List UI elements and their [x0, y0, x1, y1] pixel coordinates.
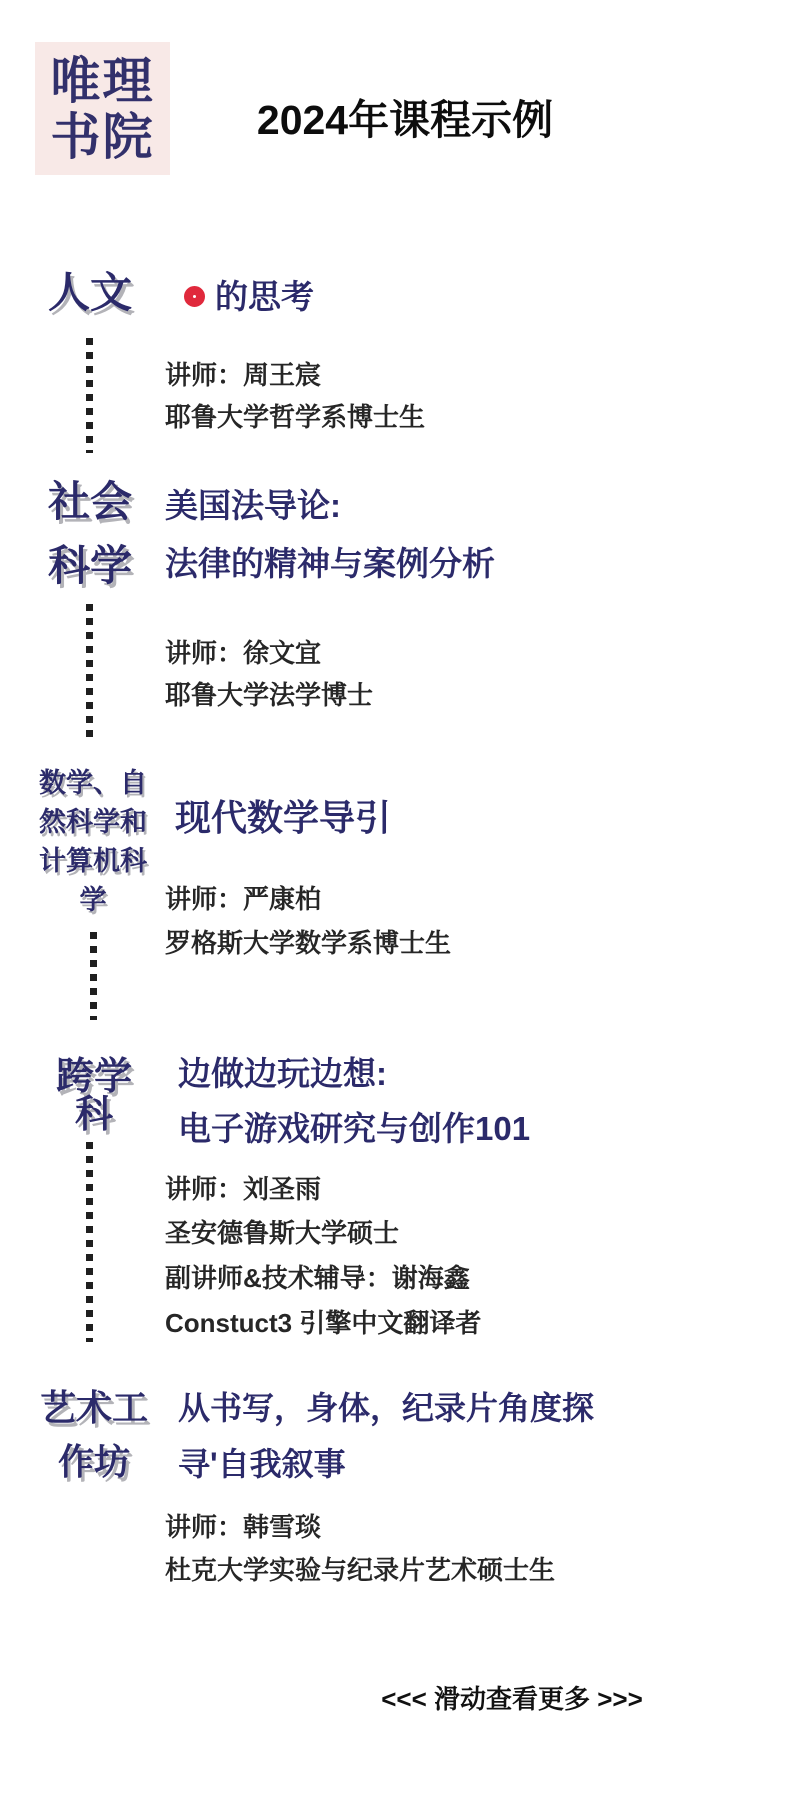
course-title-art-1: 从书写，身体，纪录片角度探: [178, 1392, 594, 1424]
assistant-lecturer-line: 副讲师&技术辅导：谢海鑫: [165, 1265, 470, 1291]
category-interdisciplinary: 跨学科: [38, 1058, 150, 1134]
page-title: 2024年课程示例: [170, 100, 640, 141]
category-stem: 学: [38, 887, 148, 914]
category-art-workshop: 艺术工: [38, 1390, 150, 1426]
lecturer-line: 讲师：严康柏: [165, 886, 321, 912]
lecturer-credential: 耶鲁大学哲学系博士生: [165, 404, 425, 430]
red-circle-icon: [184, 286, 205, 307]
course-title-games-1: 边做边玩边想:: [178, 1057, 387, 1090]
course-poster: 唯理 书院 2024年课程示例 人文 的思考 讲师：周王宸 耶鲁大学哲学系博士生…: [0, 0, 800, 1800]
swipe-for-more-hint: <<< 滑动查看更多 >>>: [362, 1686, 662, 1712]
category-stem: 计算机科: [38, 848, 148, 875]
lecturer-credential: 耶鲁大学法学博士: [165, 682, 373, 708]
category-social-science: 科学: [40, 545, 140, 587]
category-social-science: 社会: [40, 481, 140, 523]
lecturer-line: 讲师：韩雪琰: [165, 1514, 321, 1540]
dotted-divider: [86, 338, 93, 453]
course-title-text: 的思考: [215, 280, 314, 313]
assistant-credential: Constuct3 引擎中文翻译者: [165, 1310, 481, 1336]
lecturer-line: 讲师：周王宸: [165, 362, 321, 388]
course-title-law-2: 法律的精神与案例分析: [165, 547, 495, 580]
dotted-divider: [86, 604, 93, 744]
course-title-art-2: 寻'自我叙事: [178, 1448, 346, 1480]
lecturer-credential: 罗格斯大学数学系博士生: [165, 930, 451, 956]
course-title-humanities: 的思考: [184, 280, 314, 313]
lecturer-credential: 圣安德鲁斯大学硕士: [165, 1220, 399, 1246]
category-stem: 然科学和: [38, 809, 148, 836]
dotted-divider: [90, 932, 97, 1020]
logo-text-line: 书院: [51, 109, 155, 165]
category-stem: 数学、自: [38, 770, 148, 797]
lecturer-line: 讲师：徐文宜: [165, 640, 321, 666]
dotted-divider: [86, 1142, 93, 1342]
category-art-workshop: 作坊: [38, 1444, 150, 1480]
lecturer-line: 讲师：刘圣雨: [165, 1176, 321, 1202]
logo-text-line: 唯理: [51, 53, 155, 109]
category-humanities: 人文: [40, 272, 140, 314]
logo: 唯理 书院: [35, 42, 170, 175]
course-title-math: 现代数学导引: [175, 800, 391, 836]
course-title-law-1: 美国法导论:: [165, 489, 341, 522]
course-title-games-2: 电子游戏研究与创作101: [178, 1112, 530, 1145]
lecturer-credential: 杜克大学实验与纪录片艺术硕士生: [165, 1557, 555, 1583]
